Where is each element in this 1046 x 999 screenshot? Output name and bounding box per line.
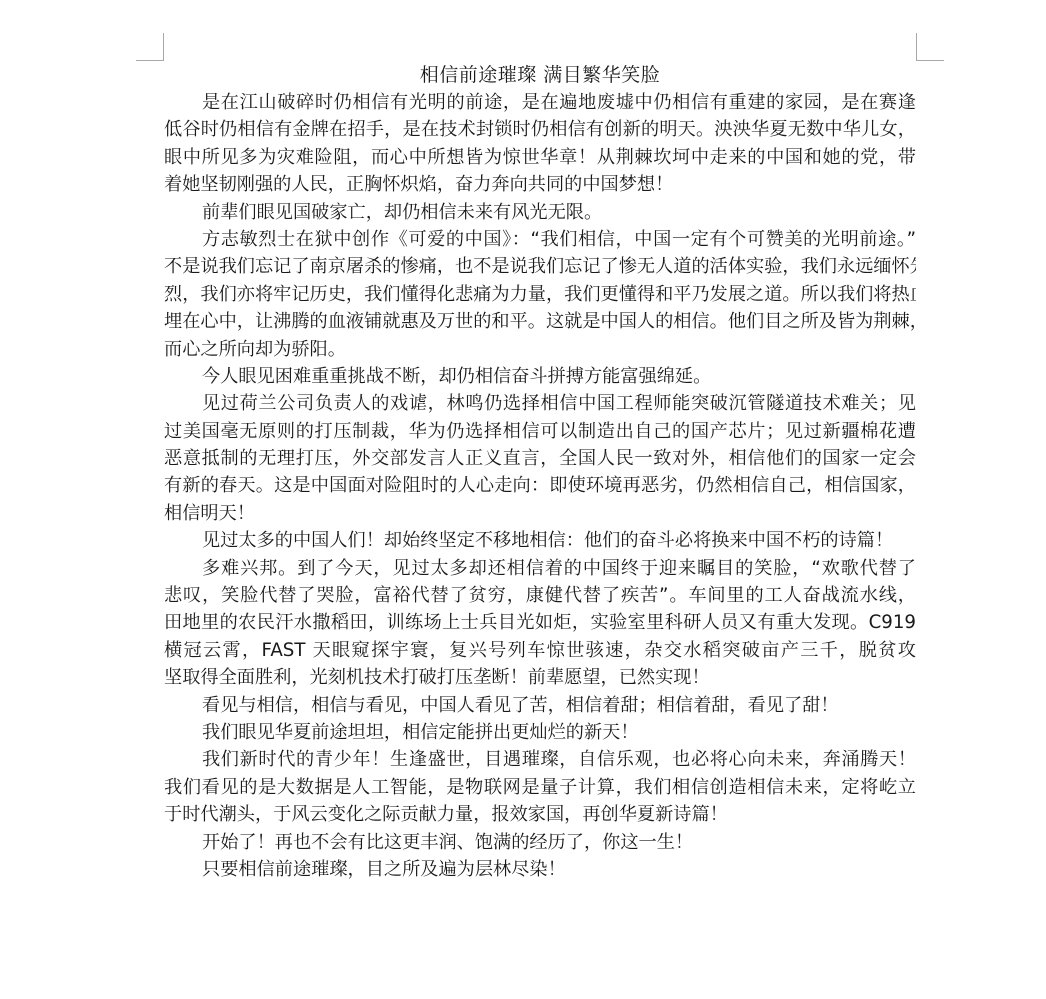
paragraph: 见过太多的中国人们！却始终坚定不移地相信：他们的奋斗必将换来中国不朽的诗篇！ bbox=[164, 527, 916, 554]
top-left-margin-mark bbox=[136, 33, 164, 61]
document-title: 相信前途璀璨 满目繁华笑脸 bbox=[164, 61, 916, 89]
text-line: 悲叹，笑脸代替了哭脸，富裕代替了贫穷，康健代替了疾苦”。车间里的工人奋战流水线， bbox=[164, 582, 916, 609]
paragraph: 看见与相信，相信与看见，中国人看见了苦，相信着甜；相信着甜，看见了甜！ bbox=[164, 692, 916, 719]
text-line: 方志敏烈士在狱中创作《可爱的中国》：“我们相信，中国一定有个可赞美的光明前途。” bbox=[164, 226, 916, 253]
text-line: 今人眼见困难重重挑战不断，却仍相信奋斗拼搏方能富强绵延。 bbox=[164, 363, 916, 390]
document-body[interactable]: 相信前途璀璨 满目繁华笑脸 是在江山破碎时仍相信有光明的前途，是在遍地废墟中仍相… bbox=[164, 61, 916, 883]
text-line: 我们新时代的青少年！生逢盛世，目遇璀璨，自信乐观，也必将心向未来，奔涌腾天！ bbox=[164, 746, 916, 773]
paragraph: 我们眼见华夏前途坦坦，相信定能拼出更灿烂的新天！ bbox=[164, 719, 916, 746]
document-page: 相信前途璀璨 满目繁华笑脸 是在江山破碎时仍相信有光明的前途，是在遍地废墟中仍相… bbox=[0, 0, 1046, 999]
text-line: 坚取得全面胜利，光刻机技术打破打压垄断！前辈愿望，已然实现！ bbox=[164, 664, 916, 691]
text-line: 前辈们眼见国破家亡，却仍相信未来有风光无限。 bbox=[164, 199, 916, 226]
text-line: 埋在心中，让沸腾的血液铺就惠及万世的和平。这就是中国人的相信。他们目之所及皆为荆… bbox=[164, 308, 916, 335]
paragraph: 今人眼见困难重重挑战不断，却仍相信奋斗拼搏方能富强绵延。 bbox=[164, 363, 916, 390]
text-line: 不是说我们忘记了南京屠杀的惨痛，也不是说我们忘记了惨无人道的活体实验，我们永远缅… bbox=[164, 253, 916, 280]
text-line: 是在江山破碎时仍相信有光明的前途，是在遍地废墟中仍相信有重建的家园，是在赛逢 bbox=[164, 89, 916, 116]
text-line: 恶意抵制的无理打压，外交部发言人正义直言，全国人民一致对外，相信他们的国家一定会 bbox=[164, 445, 916, 472]
paragraph: 前辈们眼见国破家亡，却仍相信未来有风光无限。 bbox=[164, 199, 916, 226]
paragraph: 开始了！再也不会有比这更丰润、饱满的经历了，你这一生！ bbox=[164, 829, 916, 856]
text-line: 有新的春天。这是中国面对险阻时的人心走向：即使环境再恶劣，仍然相信自己，相信国家… bbox=[164, 472, 916, 499]
text-line: 多难兴邦。到了今天，见过太多却还相信着的中国终于迎来瞩目的笑脸，“欢歌代替了 bbox=[164, 555, 916, 582]
text-line: 田地里的农民汗水撒稻田，训练场上士兵目光如炬，实验室里科研人员又有重大发现。C9… bbox=[164, 609, 916, 636]
paragraph: 多难兴邦。到了今天，见过太多却还相信着的中国终于迎来瞩目的笑脸，“欢歌代替了 悲… bbox=[164, 555, 916, 692]
top-right-margin-mark bbox=[916, 33, 944, 61]
text-line: 过美国毫无原则的打压制裁，华为仍选择相信可以制造出自己的国产芯片；见过新疆棉花遭 bbox=[164, 418, 916, 445]
text-line: 我们眼见华夏前途坦坦，相信定能拼出更灿烂的新天！ bbox=[164, 719, 916, 746]
text-line: 而心之所向却为骄阳。 bbox=[164, 336, 916, 363]
text-line: 我们看见的是大数据是人工智能，是物联网是量子计算，我们相信创造相信未来，定将屹立 bbox=[164, 774, 916, 801]
text-line: 开始了！再也不会有比这更丰润、饱满的经历了，你这一生！ bbox=[164, 829, 916, 856]
text-line: 只要相信前途璀璨，目之所及遍为层林尽染！ bbox=[164, 856, 916, 883]
paragraph: 只要相信前途璀璨，目之所及遍为层林尽染！ bbox=[164, 856, 916, 883]
text-line: 着她坚韧刚强的人民，正胸怀炽焰，奋力奔向共同的中国梦想！ bbox=[164, 171, 916, 198]
text-line: 见过太多的中国人们！却始终坚定不移地相信：他们的奋斗必将换来中国不朽的诗篇！ bbox=[164, 527, 916, 554]
paragraph: 见过荷兰公司负责人的戏谑，林鸣仍选择相信中国工程师能突破沉管隧道技术难关；见 过… bbox=[164, 390, 916, 527]
paragraph: 是在江山破碎时仍相信有光明的前途，是在遍地废墟中仍相信有重建的家园，是在赛逢 低… bbox=[164, 89, 916, 199]
text-line: 相信明天！ bbox=[164, 500, 916, 527]
text-line: 低谷时仍相信有金牌在招手，是在技术封锁时仍相信有创新的明天。泱泱华夏无数中华儿女… bbox=[164, 116, 916, 143]
paragraph: 方志敏烈士在狱中创作《可爱的中国》：“我们相信，中国一定有个可赞美的光明前途。”… bbox=[164, 226, 916, 363]
text-line: 看见与相信，相信与看见，中国人看见了苦，相信着甜；相信着甜，看见了甜！ bbox=[164, 692, 916, 719]
text-line: 眼中所见多为灾难险阻，而心中所想皆为惊世华章！从荆棘坎坷中走来的中国和她的党，带 bbox=[164, 144, 916, 171]
text-line: 见过荷兰公司负责人的戏谑，林鸣仍选择相信中国工程师能突破沉管隧道技术难关；见 bbox=[164, 390, 916, 417]
text-line: 烈，我们亦将牢记历史，我们懂得化悲痛为力量，我们更懂得和平乃发展之道。所以我们将… bbox=[164, 281, 916, 308]
text-line: 于时代潮头，于风云变化之际贡献力量，报效家国，再创华夏新诗篇！ bbox=[164, 801, 916, 828]
text-line: 横冠云霄，FAST 天眼窥探宇寰，复兴号列车惊世骇速，杂交水稻突破亩产三千，脱贫… bbox=[164, 637, 916, 664]
paragraph: 我们新时代的青少年！生逢盛世，目遇璀璨，自信乐观，也必将心向未来，奔涌腾天！ 我… bbox=[164, 746, 916, 828]
